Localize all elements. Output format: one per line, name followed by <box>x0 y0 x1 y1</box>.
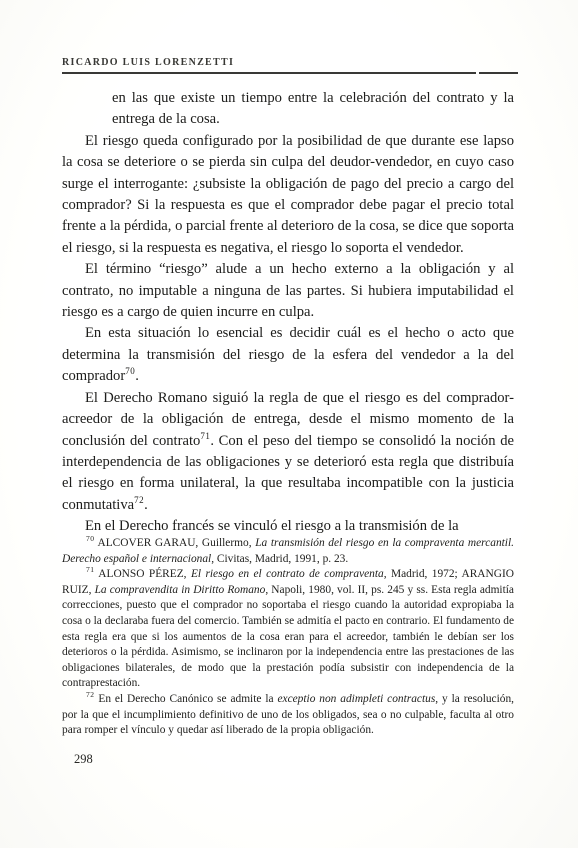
paragraph: El término “riesgo” alude a un hecho ext… <box>62 259 514 323</box>
footnote: 71 ALONSO PÉREZ, El riesgo en el contrat… <box>62 567 514 692</box>
page-number: 298 <box>74 752 93 767</box>
paragraph: En esta situación lo esencial es decidir… <box>62 323 514 387</box>
paragraph-continuation: en las que existe un tiempo entre la cel… <box>112 88 514 131</box>
footnote-text: , Napoli, 1980, vol. II, ps. 245 y ss. E… <box>62 584 514 690</box>
header-rule-short-segment <box>479 72 518 74</box>
footnote-reference-71: 71 <box>200 431 210 441</box>
paragraph-text: . <box>135 368 139 384</box>
footnote: 72 En el Derecho Canónico se admite la e… <box>62 692 514 739</box>
header-rule <box>62 72 518 74</box>
footnote-text: En el Derecho Canónico se admite la <box>95 693 278 705</box>
paragraph-text: . <box>144 497 148 513</box>
paragraph: En el Derecho francés se vinculó el ries… <box>62 516 514 537</box>
footnote-number-72: 72 <box>86 690 95 699</box>
footnote-reference-72: 72 <box>134 495 144 505</box>
footnotes-block: 70 ALCOVER GARAU, Guillermo, La transmis… <box>62 536 514 739</box>
running-header-author: RICARDO LUIS LORENZETTI <box>62 57 234 68</box>
footnote-text: ALCOVER GARAU, Guillermo, <box>95 537 256 549</box>
footnote-reference-70: 70 <box>125 366 135 376</box>
paragraph: El riesgo queda configurado por la posib… <box>62 131 514 259</box>
footnote: 70 ALCOVER GARAU, Guillermo, La transmis… <box>62 536 514 567</box>
paragraph: El Derecho Romano siguió la regla de que… <box>62 388 514 516</box>
footnote-text: , Civitas, Madrid, 1991, p. 23. <box>211 553 348 565</box>
footnote-text: ALONSO PÉREZ, <box>95 568 191 580</box>
footnote-number-70: 70 <box>86 534 95 543</box>
paragraph-text: El término “riesgo” alude a un hecho ext… <box>62 261 514 320</box>
paragraph-text: en las que existe un tiempo entre la cel… <box>112 90 514 127</box>
book-page-scan: RICARDO LUIS LORENZETTI en las que exist… <box>0 0 578 848</box>
footnote-number-71: 71 <box>86 565 95 574</box>
footnote-title-italic: El riesgo en el contrato de compraventa <box>191 568 384 580</box>
body-text-block: en las que existe un tiempo entre la cel… <box>62 88 514 538</box>
header-rule-long-segment <box>62 72 476 74</box>
footnote-latin-italic: exceptio non adimpleti contractus <box>277 693 435 705</box>
footnote-title-italic: La compravendita in Diritto Romano <box>95 584 266 596</box>
paragraph-text: El riesgo queda configurado por la posib… <box>62 133 514 256</box>
paragraph-text: En el Derecho francés se vinculó el ries… <box>85 518 459 534</box>
